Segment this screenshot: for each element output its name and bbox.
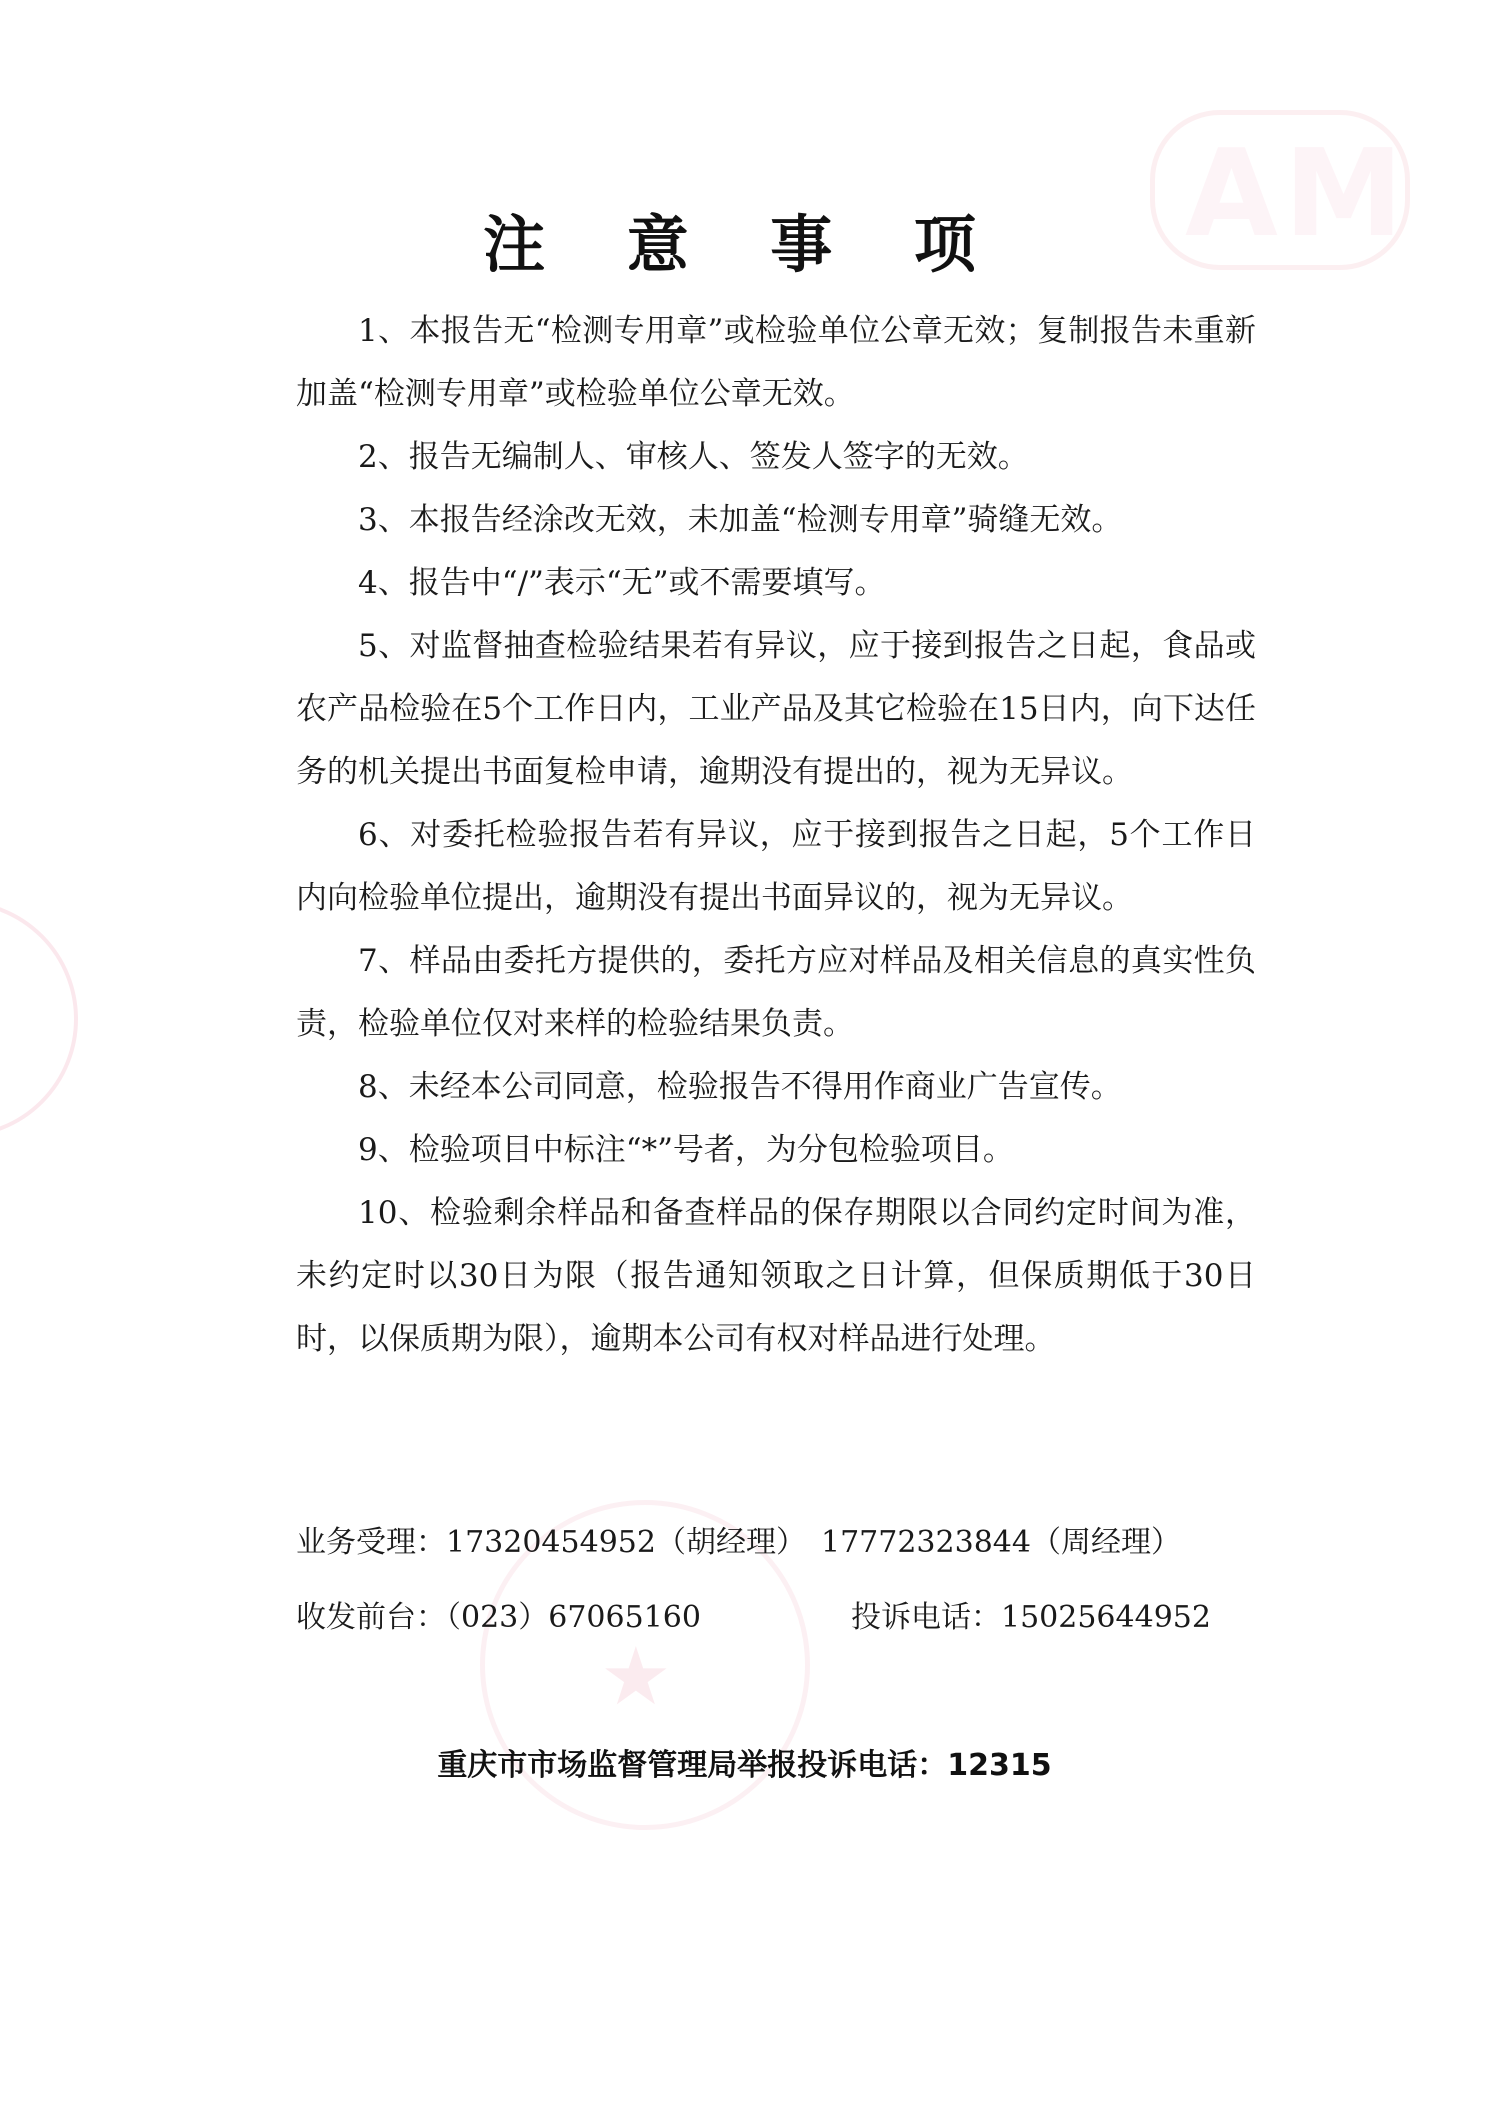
reception-contact-row: 收发前台：（023）67065160 投诉电话：15025644952 (296, 1580, 1211, 1655)
business-phone-2: 17772323844（周经理） (821, 1505, 1181, 1580)
notice-item-1: 1、本报告无“检测专用章”或检验单位公章无效；复制报告未重新加盖“检测专用章”或… (296, 300, 1256, 426)
notice-item-7: 7、样品由委托方提供的，委托方应对样品及相关信息的真实性负责，检验单位仅对来样的… (296, 930, 1256, 1056)
notice-item-6: 6、对委托检验报告若有异议，应于接到报告之日起，5个工作日内向检验单位提出，逾期… (296, 804, 1256, 930)
notice-item-4: 4、报告中“/”表示“无”或不需要填写。 (296, 552, 1256, 615)
document-page: AM ★ 注 意 事 项 1、本报告无“检测专用章”或检验单位公章无效；复制报告… (0, 0, 1489, 2106)
complaint-label: 投诉电话： (851, 1600, 1001, 1635)
notice-item-9: 9、检验项目中标注“*”号者，为分包检验项目。 (296, 1119, 1256, 1182)
contact-info: 业务受理：17320454952（胡经理） 17772323844（周经理） 收… (296, 1505, 1211, 1655)
reception-label: 收发前台： (296, 1600, 446, 1635)
regulator-hotline: 重庆市市场监督管理局举报投诉电话：12315 (0, 1740, 1489, 1784)
business-label: 业务受理： (296, 1525, 446, 1560)
reception-phone: （023）67065160 (446, 1600, 701, 1635)
page-title: 注 意 事 项 (0, 195, 1489, 284)
notice-list: 1、本报告无“检测专用章”或检验单位公章无效；复制报告未重新加盖“检测专用章”或… (296, 300, 1256, 1371)
business-contact-row: 业务受理：17320454952（胡经理） 17772323844（周经理） (296, 1505, 1211, 1580)
seal-stamp-left (0, 900, 78, 1138)
notice-item-8: 8、未经本公司同意，检验报告不得用作商业广告宣传。 (296, 1056, 1256, 1119)
notice-item-3: 3、本报告经涂改无效，未加盖“检测专用章”骑缝无效。 (296, 489, 1256, 552)
notice-item-5: 5、对监督抽查检验结果若有异议，应于接到报告之日起，食品或农产品检验在5个工作日… (296, 615, 1256, 804)
business-phone-1: 17320454952（胡经理） (446, 1525, 806, 1560)
notice-item-10: 10、检验剩余样品和备查样品的保存期限以合同约定时间为准，未约定时以30日为限（… (296, 1182, 1256, 1371)
notice-item-2: 2、报告无编制人、审核人、签发人签字的无效。 (296, 426, 1256, 489)
complaint-phone: 15025644952 (1001, 1600, 1211, 1635)
